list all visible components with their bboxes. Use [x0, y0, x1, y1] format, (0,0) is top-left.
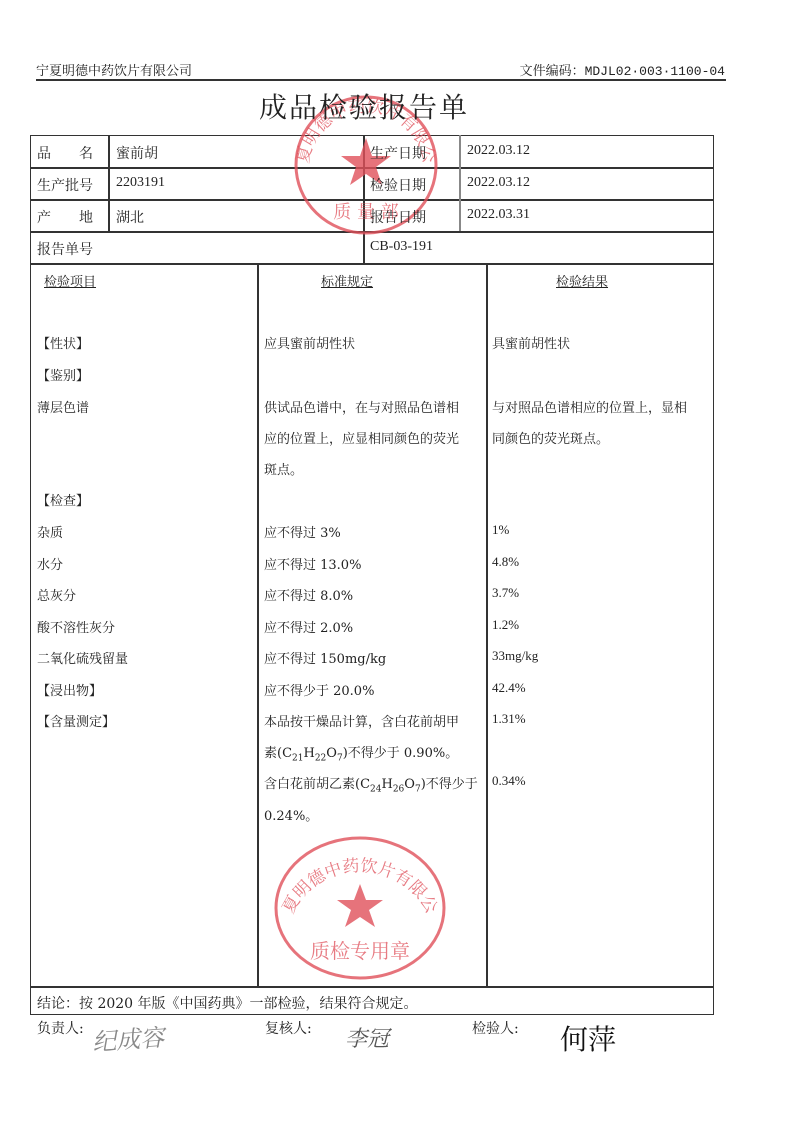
item-impurity: 杂质	[37, 522, 63, 541]
report-no-value: CB-03-191	[370, 239, 433, 255]
col-divider	[459, 135, 461, 231]
item-appearance: 【性状】	[37, 333, 89, 352]
item-moisture: 水分	[37, 554, 63, 573]
reviewer-signature: 李冠	[345, 1022, 389, 1053]
standard-moisture: 应不得过 13.0%	[264, 554, 361, 573]
inspector-signature: 何萍	[560, 1018, 616, 1058]
result-tlc-line2: 同颜色的荧光斑点。	[492, 428, 609, 447]
item-assay: 【含量测定】	[37, 711, 115, 730]
item-acid-insoluble-ash: 酸不溶性灰分	[37, 617, 115, 636]
standard-so2-residue: 应不得过 150mg/kg	[264, 648, 386, 667]
origin-value: 湖北	[116, 207, 144, 227]
product-name-value: 蜜前胡	[116, 143, 158, 163]
result-acid-insoluble-ash: 1.2%	[492, 617, 519, 633]
report-date-value: 2022.03.31	[467, 207, 530, 223]
report-no-label: 报告单号	[37, 239, 93, 259]
batch-value: 2203191	[116, 175, 165, 191]
page-title: 成品检验报告单	[0, 86, 728, 126]
item-total-ash: 总灰分	[37, 585, 76, 604]
result-assay-b: 0.34%	[492, 773, 526, 789]
result-appearance: 具蜜前胡性状	[492, 333, 570, 352]
standard-total-ash: 应不得过 8.0%	[264, 585, 353, 604]
col-divider	[363, 135, 365, 263]
col-divider	[486, 263, 488, 986]
company-name: 宁夏明德中药饮片有限公司	[36, 60, 192, 79]
col-divider	[257, 263, 259, 986]
batch-label: 生产批号	[37, 175, 93, 195]
result-assay-a: 1.31%	[492, 711, 526, 727]
row-divider	[30, 263, 714, 265]
column-header-result: 检验结果	[556, 271, 608, 290]
row-divider	[30, 231, 714, 233]
result-extract: 42.4%	[492, 680, 526, 696]
item-extract: 【浸出物】	[37, 680, 102, 699]
standard-assay-b-line2: 0.24%。	[264, 805, 318, 824]
standard-tlc-line3: 斑点。	[264, 459, 303, 478]
responsible-signature: 纪成容	[91, 1018, 165, 1058]
product-name-label: 品 名	[37, 143, 103, 163]
result-tlc-line1: 与对照品色谱相应的位置上，显相	[492, 397, 687, 416]
production-date-value: 2022.03.12	[467, 143, 530, 159]
item-inspection: 【检查】	[37, 490, 89, 509]
responsible-label: 负责人:	[37, 1018, 84, 1038]
row-divider	[30, 199, 714, 201]
inspector-label: 检验人:	[472, 1018, 519, 1038]
report-date-label: 报告日期	[370, 207, 426, 227]
item-so2-residue: 二氧化硫残留量	[37, 648, 128, 667]
row-divider	[30, 167, 714, 169]
inspection-date-label: 检验日期	[370, 175, 426, 195]
result-impurity: 1%	[492, 522, 509, 538]
origin-label: 产 地	[37, 207, 93, 227]
result-total-ash: 3.7%	[492, 585, 519, 601]
result-moisture: 4.8%	[492, 554, 519, 570]
standard-assay-a-line2: 素(C21H22O7)不得少于 0.90%。	[264, 742, 458, 764]
item-tlc: 薄层色谱	[37, 397, 89, 416]
item-identification: 【鉴别】	[37, 365, 89, 384]
report-table	[30, 135, 714, 1015]
standard-tlc-line2: 应的位置上，应显相同颜色的荧光	[264, 428, 459, 447]
conclusion: 结论：按 2020 年版《中国药典》一部检验，结果符合规定。	[37, 993, 418, 1013]
document-code: 文件编码：MDJL02·003·1100-04	[520, 60, 725, 79]
inspection-date-value: 2022.03.12	[467, 175, 530, 191]
standard-acid-insoluble-ash: 应不得过 2.0%	[264, 617, 353, 636]
production-date-label: 生产日期	[370, 143, 426, 163]
standard-extract: 应不得少于 20.0%	[264, 680, 374, 699]
standard-appearance: 应具蜜前胡性状	[264, 333, 355, 352]
standard-assay-b-line1: 含白花前胡乙素(C24H26O7)不得少于	[264, 773, 478, 795]
row-divider	[30, 986, 714, 988]
col-divider	[108, 135, 110, 231]
standard-assay-a-line1: 本品按干燥品计算，含白花前胡甲	[264, 711, 459, 730]
column-header-standard: 标准规定	[321, 271, 373, 290]
header-rule	[36, 79, 726, 81]
column-header-item: 检验项目	[44, 271, 96, 290]
standard-tlc-line1: 供试品色谱中，在与对照品色谱相	[264, 397, 459, 416]
reviewer-label: 复核人:	[265, 1018, 312, 1038]
standard-impurity: 应不得过 3%	[264, 522, 341, 541]
result-so2-residue: 33mg/kg	[492, 648, 538, 664]
